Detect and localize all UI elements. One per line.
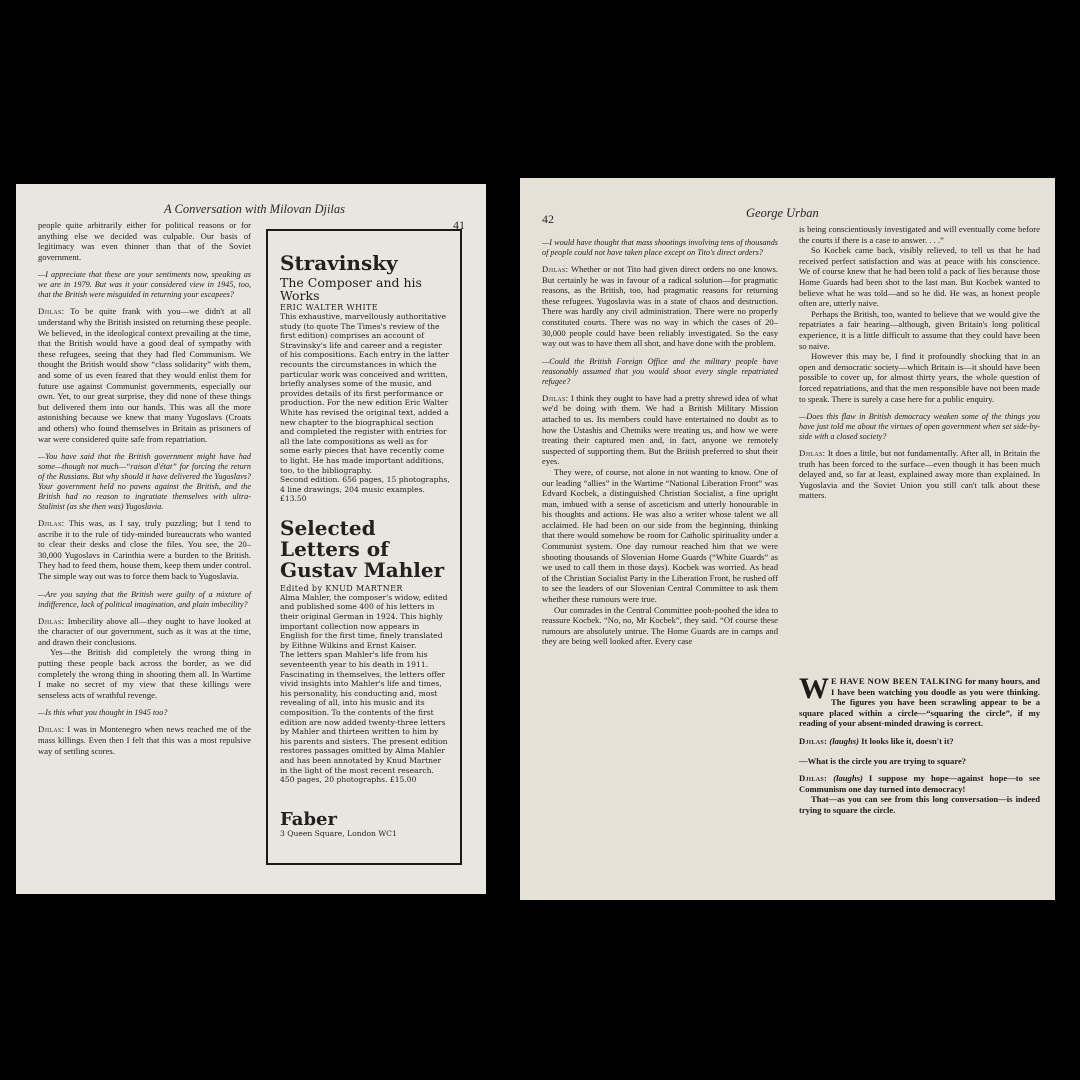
speaker-label: Djilas:: [799, 448, 825, 458]
left-page: A Conversation with Milovan Djilas 41 pe…: [16, 184, 486, 894]
answer-paragraph: Yes—the British did completely the wrong…: [38, 647, 251, 700]
answer-paragraph: However this may be, I find it profoundl…: [799, 351, 1040, 404]
ad-book-title: Selected Letters of Gustav Mahler: [280, 518, 450, 581]
page-number: 42: [542, 212, 554, 227]
interview-column: people quite arbitrarily either for poli…: [38, 220, 251, 756]
closing-line: That—as you can see from this long conve…: [799, 794, 1040, 815]
interview-column-1: —I would have thought that mass shooting…: [542, 230, 778, 647]
interviewer-question: —Could the British Foreign Office and th…: [542, 357, 778, 387]
answer-paragraph: Djilas: I was in Montenegro when news re…: [38, 724, 251, 756]
speaker-label: Djilas:: [542, 264, 568, 274]
answer-paragraph: Perhaps the British, too, wanted to beli…: [799, 309, 1040, 351]
answer-paragraph: Our comrades in the Central Committee po…: [542, 605, 778, 647]
answer-paragraph: Djilas: Whether or not Tito had given di…: [542, 264, 778, 349]
ad-book-details: Second edition. 656 pages, 15 photograph…: [280, 475, 450, 504]
faber-advertisement: Stravinsky The Composer and his Works ER…: [266, 229, 462, 865]
ad-book-title: Stravinsky: [280, 253, 450, 274]
answer-paragraph: They were, of course, not alone in not w…: [542, 467, 778, 605]
closing-question: —What is the circle you are trying to sq…: [799, 756, 1040, 767]
interviewer-question: —Are you saying that the British were gu…: [38, 590, 251, 610]
interviewer-question: —I would have thought that mass shooting…: [542, 238, 778, 258]
ad-book-subtitle: The Composer and his Works: [280, 276, 450, 302]
answer-paragraph: Djilas: This was, as I say, truly puzzli…: [38, 518, 251, 582]
answer-paragraph: is being conscientiously investigated an…: [799, 224, 1040, 245]
answer-paragraph: Djilas: To be quite frank with you—we di…: [38, 306, 251, 444]
interviewer-question: —Does this flaw in British democracy wea…: [799, 412, 1040, 442]
running-head: George Urban: [746, 206, 819, 221]
speaker-label: Djilas:: [542, 393, 568, 403]
ad-book-details: 450 pages, 20 photographs. £15.00: [280, 775, 450, 785]
speaker-label: Djilas:: [38, 306, 64, 316]
speaker-label: Djilas:: [38, 518, 64, 528]
speaker-label: Djilas:: [38, 724, 64, 734]
speaker-label: Djilas:: [38, 616, 64, 626]
interviewer-question: —Is this what you thought in 1945 too?: [38, 708, 251, 718]
publisher-address: 3 Queen Square, London WC1: [280, 829, 450, 839]
answer-paragraph: So Kocbek came back, visibly relieved, t…: [799, 245, 1040, 309]
answer-paragraph: Djilas: It does a little, but not fundam…: [799, 448, 1040, 501]
answer-paragraph: Djilas: Imbecility above all—they ought …: [38, 616, 251, 648]
answer-paragraph: people quite arbitrarily either for poli…: [38, 220, 251, 262]
ad-book-description: The letters span Mahler's life from his …: [280, 650, 450, 775]
right-page: 42 George Urban —I would have thought th…: [520, 178, 1055, 900]
interviewer-question: —You have said that the British governme…: [38, 452, 251, 512]
ad-book-editor: Edited by KNUD MARTNER: [280, 584, 450, 593]
drop-cap: W: [799, 677, 829, 701]
interview-column-2: is being conscientiously investigated an…: [799, 224, 1040, 501]
ad-book-author: ERIC WALTER WHITE: [280, 303, 450, 312]
publisher-name: Faber: [280, 811, 450, 829]
ad-book-description: This exhaustive, marvellously authoritat…: [280, 312, 450, 475]
closing-exchange: WE HAVE NOW BEEN TALKING for many hours,…: [799, 676, 1040, 816]
interviewer-question: —I appreciate that these are your sentim…: [38, 270, 251, 300]
running-head: A Conversation with Milovan Djilas: [164, 202, 345, 217]
answer-paragraph: Djilas: I think they ought to have had a…: [542, 393, 778, 467]
ad-book-description: Alma Mahler, the composer's widow, edite…: [280, 593, 450, 651]
